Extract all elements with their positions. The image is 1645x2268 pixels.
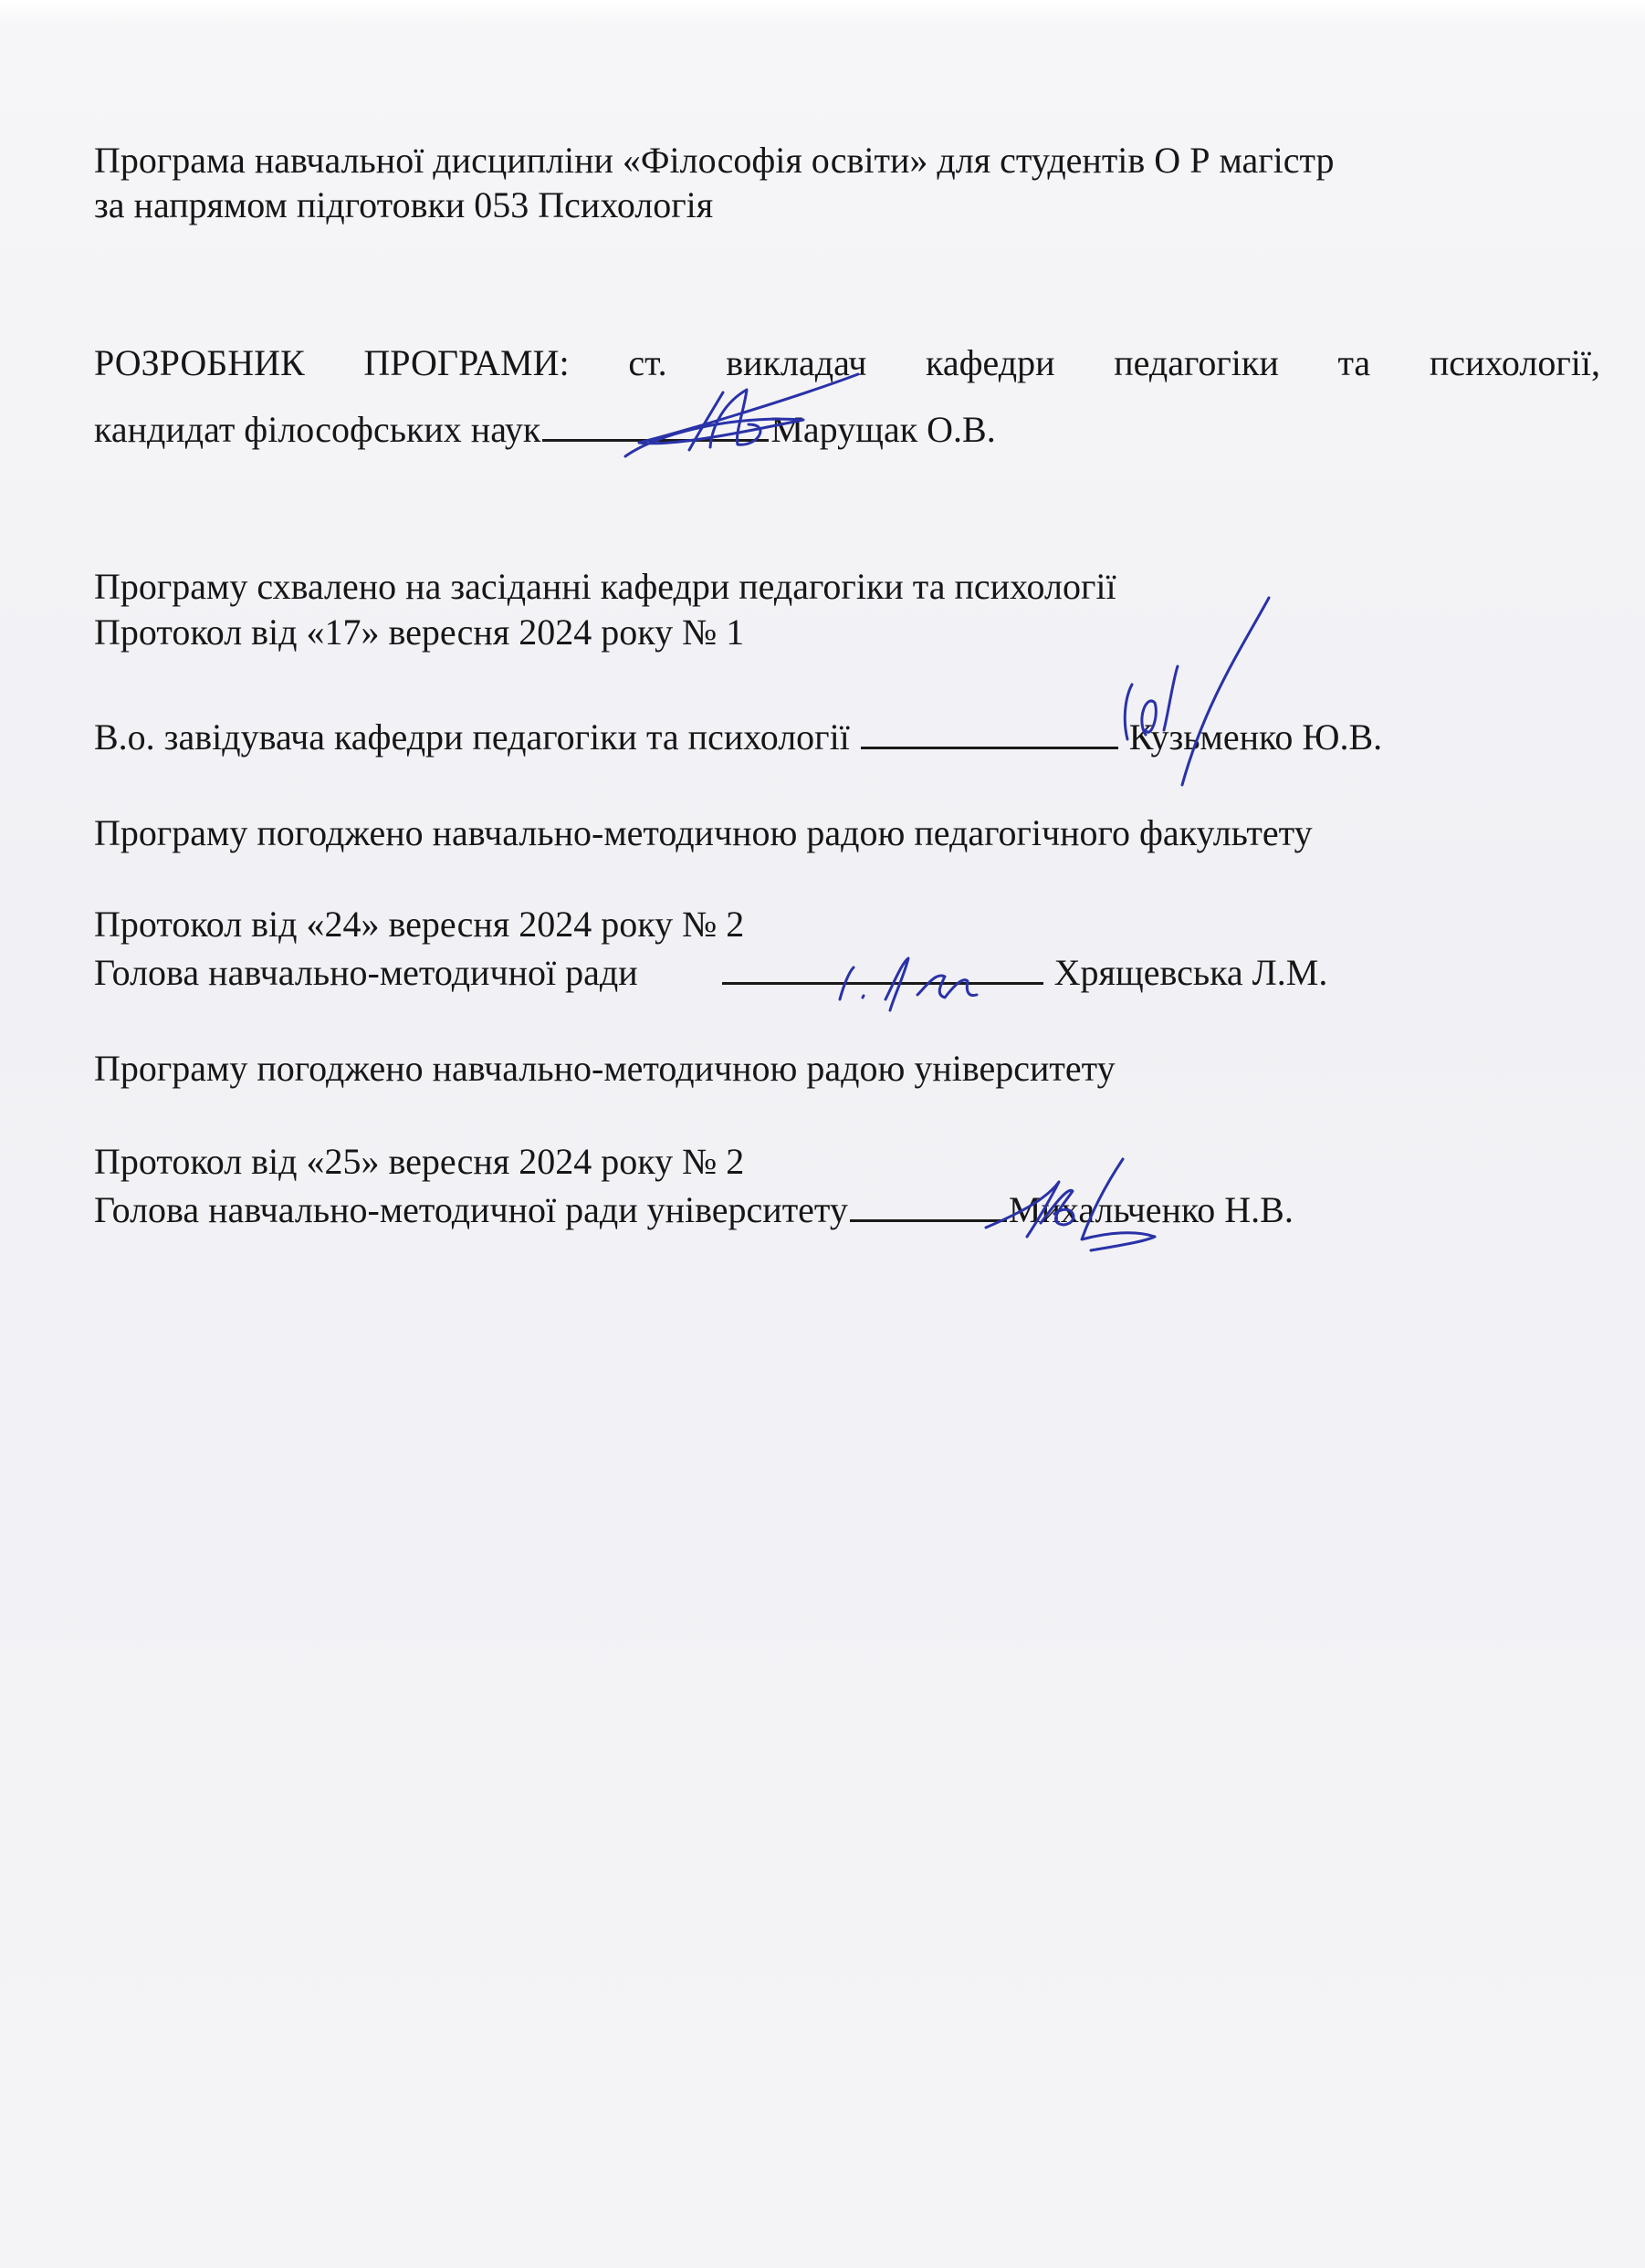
department-signer-name: Кузьменко Ю.В.: [1129, 716, 1382, 758]
faculty-signer-name: Хрящевська Л.М.: [1054, 952, 1328, 993]
university-signer-name: Михальченко Н.В.: [1009, 1189, 1294, 1230]
scan-edge-shade: [0, 0, 1645, 27]
faculty-approval-statement: Програму погоджено навчально-методичною …: [94, 812, 1313, 854]
department-approval-statement: Програму схвалено на засіданні кафедри п…: [94, 566, 1116, 608]
faculty-protocol: Протокол від «24» вересня 2024 року № 2: [94, 904, 744, 946]
department-signer-title: В.о. завідувача кафедри педагогіки та пс…: [94, 716, 850, 758]
faculty-signature-line: [722, 955, 1043, 985]
program-title-line-2: за напрямом підготовки 053 Психологія: [94, 184, 713, 226]
department-protocol: Протокол від «17» вересня 2024 року № 1: [94, 611, 744, 653]
developer-signature-line: [542, 412, 769, 442]
university-protocol: Протокол від «25» вересня 2024 року № 2: [94, 1141, 744, 1183]
department-signature-row: В.о. завідувача кафедри педагогіки та пс…: [94, 716, 1382, 758]
university-signer-title: Голова навчально-методичної ради універс…: [94, 1189, 848, 1230]
developer-line: РОЗРОБНИК ПРОГРАМИ: ст. викладач кафедри…: [94, 342, 1600, 384]
department-signature-line: [861, 719, 1118, 749]
university-signature-row: Голова навчально-методичної ради універс…: [94, 1189, 1294, 1231]
developer-signature-row: кандидат філософських наукМарущак О.В.: [94, 409, 996, 451]
developer-degree: кандидат філософських наук: [94, 409, 540, 450]
document-page: Програма навчальної дисципліни «Філософі…: [0, 0, 1645, 2268]
university-signature-line: [850, 1192, 1007, 1222]
program-title-line-1: Програма навчальної дисципліни «Філософі…: [94, 140, 1334, 182]
developer-name: Марущак О.В.: [770, 409, 995, 450]
university-approval-statement: Програму погоджено навчально-методичною …: [94, 1048, 1116, 1090]
faculty-signer-title: Голова навчально-методичної ради: [94, 952, 638, 993]
department-handwritten-signature: [1095, 593, 1287, 789]
faculty-signature-row: Голова навчально-методичної ради Хрящевс…: [94, 952, 1327, 994]
